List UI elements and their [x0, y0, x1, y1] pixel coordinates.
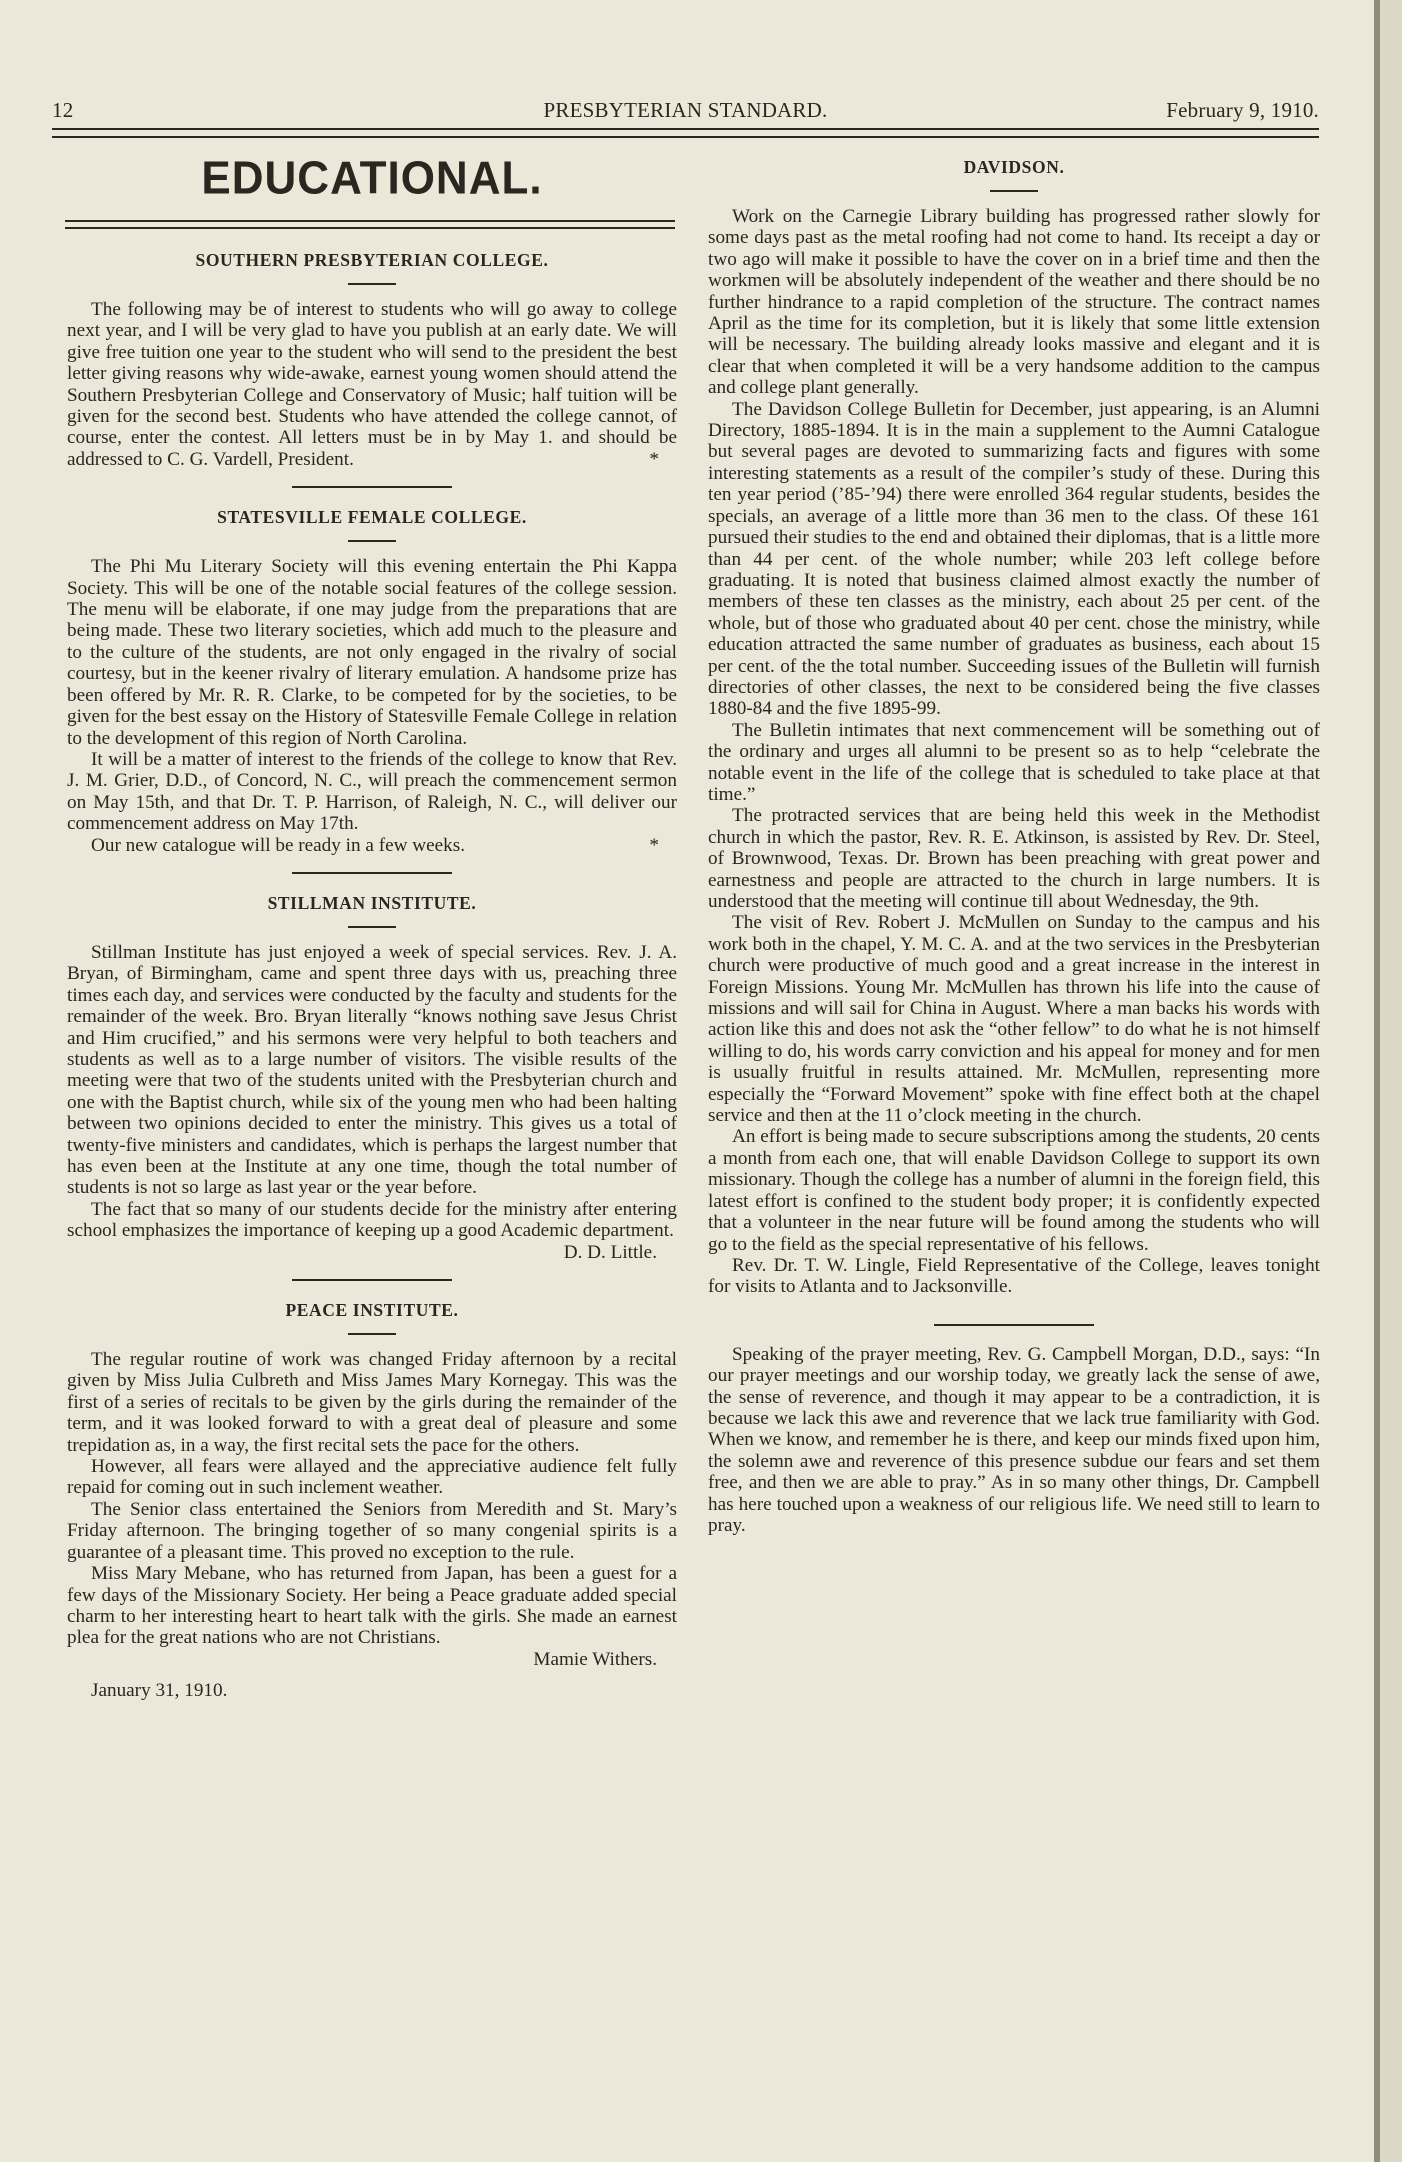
article-paragraph: The visit of Rev. Robert J. McMullen on …	[708, 912, 1320, 1126]
heading-dash	[348, 926, 396, 928]
article-signature: D. D. Little.	[67, 1242, 657, 1263]
article-statesville-female-college: STATESVILLE FEMALE COLLEGE. The Phi Mu L…	[67, 506, 677, 856]
article-paragraph: The Phi Mu Literary Society will this ev…	[67, 556, 677, 749]
article-paragraph: The protracted services that are being h…	[708, 805, 1320, 912]
publication-title: PRESBYTERIAN STANDARD.	[52, 98, 1319, 123]
article-paragraph: The following may be of interest to stud…	[67, 299, 677, 470]
heading-dash	[990, 190, 1038, 192]
article-heading: PEACE INSTITUTE.	[67, 1299, 677, 1321]
article-paragraph: An effort is being made to secure subscr…	[708, 1126, 1320, 1254]
article-paragraph: Stillman Institute has just enjoyed a we…	[67, 942, 677, 1199]
article-davidson: DAVIDSON. Work on the Carnegie Library b…	[708, 156, 1320, 1298]
running-head: 12 PRESBYTERIAN STANDARD. February 9, 19…	[52, 98, 1319, 124]
article-dateline: January 31, 1910.	[67, 1680, 677, 1701]
article-paragraph: The Senior class entertained the Seniors…	[67, 1499, 677, 1563]
article-heading: STATESVILLE FEMALE COLLEGE.	[67, 506, 677, 528]
article-paragraph: Speaking of the prayer meeting, Rev. G. …	[708, 1344, 1320, 1537]
article-paragraph: Miss Mary Mebane, who has returned from …	[67, 1563, 677, 1649]
article-separator	[292, 872, 452, 874]
heading-dash	[348, 540, 396, 542]
masthead-double-rule	[65, 220, 675, 229]
article-paragraph: Our new catalogue will be ready in a few…	[67, 835, 677, 856]
article-heading: STILLMAN INSTITUTE.	[67, 892, 677, 914]
article-peace-institute: PEACE INSTITUTE. The regular routine of …	[67, 1299, 677, 1702]
article-paragraph: However, all fears were allayed and the …	[67, 1456, 677, 1499]
right-column: DAVIDSON. Work on the Carnegie Library b…	[708, 150, 1320, 1536]
article-paragraph: It will be a matter of interest to the f…	[67, 749, 677, 835]
section-masthead: EDUCATIONAL.	[67, 153, 677, 206]
page-margin-strip	[1380, 0, 1402, 2162]
article-heading: DAVIDSON.	[708, 156, 1320, 178]
article-southern-presbyterian-college: SOUTHERN PRESBYTERIAN COLLEGE. The follo…	[67, 249, 677, 470]
heading-dash	[348, 1333, 396, 1335]
article-separator	[934, 1324, 1094, 1326]
article-stillman-institute: STILLMAN INSTITUTE. Stillman Institute h…	[67, 892, 677, 1263]
heading-dash	[348, 283, 396, 285]
article-paragraph: The fact that so many of our students de…	[67, 1199, 677, 1242]
article-paragraph: Work on the Carnegie Library building ha…	[708, 206, 1320, 399]
spacer	[708, 1298, 1320, 1308]
article-heading: SOUTHERN PRESBYTERIAN COLLEGE.	[67, 249, 677, 271]
article-separator	[292, 1279, 452, 1281]
article-separator	[292, 486, 452, 488]
article-paragraph: Rev. Dr. T. W. Lingle, Field Representat…	[708, 1255, 1320, 1298]
article-paragraph: The Davidson College Bulletin for Decemb…	[708, 399, 1320, 720]
issue-date: February 9, 1910.	[1166, 98, 1319, 123]
header-double-rule	[52, 128, 1319, 138]
article-prayer-meeting: Speaking of the prayer meeting, Rev. G. …	[708, 1344, 1320, 1537]
end-mark-asterisk: *	[625, 449, 659, 470]
article-signature: Mamie Withers.	[67, 1649, 657, 1670]
article-paragraph: The regular routine of work was changed …	[67, 1349, 677, 1456]
left-column: EDUCATIONAL. SOUTHERN PRESBYTERIAN COLLE…	[67, 140, 677, 1702]
end-mark-asterisk: *	[625, 835, 659, 856]
article-paragraph: The Bulletin intimates that next commenc…	[708, 720, 1320, 806]
